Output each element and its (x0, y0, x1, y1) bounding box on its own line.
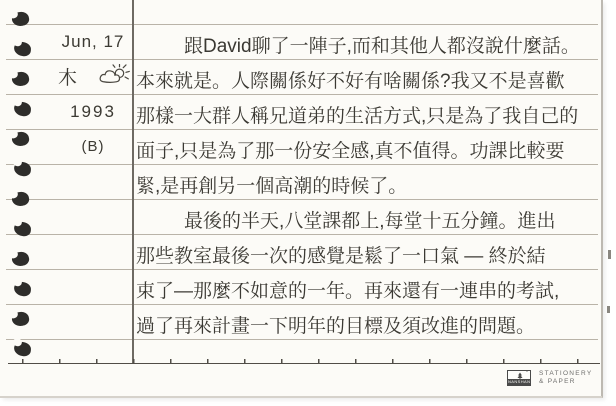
screenshot-root: Jun, 17 木 1993 (B) 跟David聊了一陣子,而和其他人都沒說什… (0, 0, 616, 406)
diary-line: 本來就是。人際關係好不好有啥關係?我又不是喜歡 (136, 59, 600, 95)
margin-divider-line (132, 0, 134, 363)
scan-edge-mark (607, 306, 610, 313)
stationery-caption-line1: STATIONERY (539, 370, 592, 378)
diary-line: 緊,是再創另一個高潮的時候了。 (136, 164, 600, 200)
diary-line: 過了再來計畫一下明年的目標及須改進的問題。 (136, 304, 600, 340)
diary-line: 那些教室最後一次的感覺是鬆了一口氣 — 終於結 (136, 234, 600, 270)
diary-line: 最後的半天,八堂課都上,每堂十五分鐘。進出 (136, 199, 616, 235)
page-bottom-edge (0, 396, 602, 398)
diary-line: 那樣一大群人稱兄道弟的生活方式,只是為了我自己的 (136, 94, 600, 130)
brand-logo: * NANSHAN (507, 370, 531, 386)
notebook-page: Jun, 17 木 1993 (B) 跟David聊了一陣子,而和其他人都沒說什… (0, 0, 602, 397)
bottom-ruler-line (8, 358, 600, 364)
weekday-label: 木 (58, 63, 77, 90)
diary-line: 面子,只是為了那一份安全感,真不值得。功課比較要 (136, 129, 600, 165)
weekday-weather-row: 木 (56, 59, 134, 94)
entry-date: Jun, 17 (56, 24, 130, 59)
diary-line: 束了—那麼不如意的一年。再來還有一連串的考試, (136, 269, 600, 305)
stationery-caption-line2: & PAPER (539, 378, 592, 386)
entry-note: (B) (56, 129, 130, 164)
stationery-caption: STATIONERY & PAPER (539, 370, 592, 386)
page-right-edge (601, 0, 603, 397)
sun-behind-cloud-icon (94, 64, 132, 90)
entry-year: 1993 (56, 94, 130, 129)
star-mark-icon: * (526, 371, 528, 376)
scan-edge-mark (608, 250, 611, 259)
spiral-hole-icon (13, 341, 32, 357)
diary-line: 跟David聊了一陣子,而和其他人都沒說什麼話。 (136, 24, 616, 60)
brand-name: NANSHAN (508, 379, 530, 385)
